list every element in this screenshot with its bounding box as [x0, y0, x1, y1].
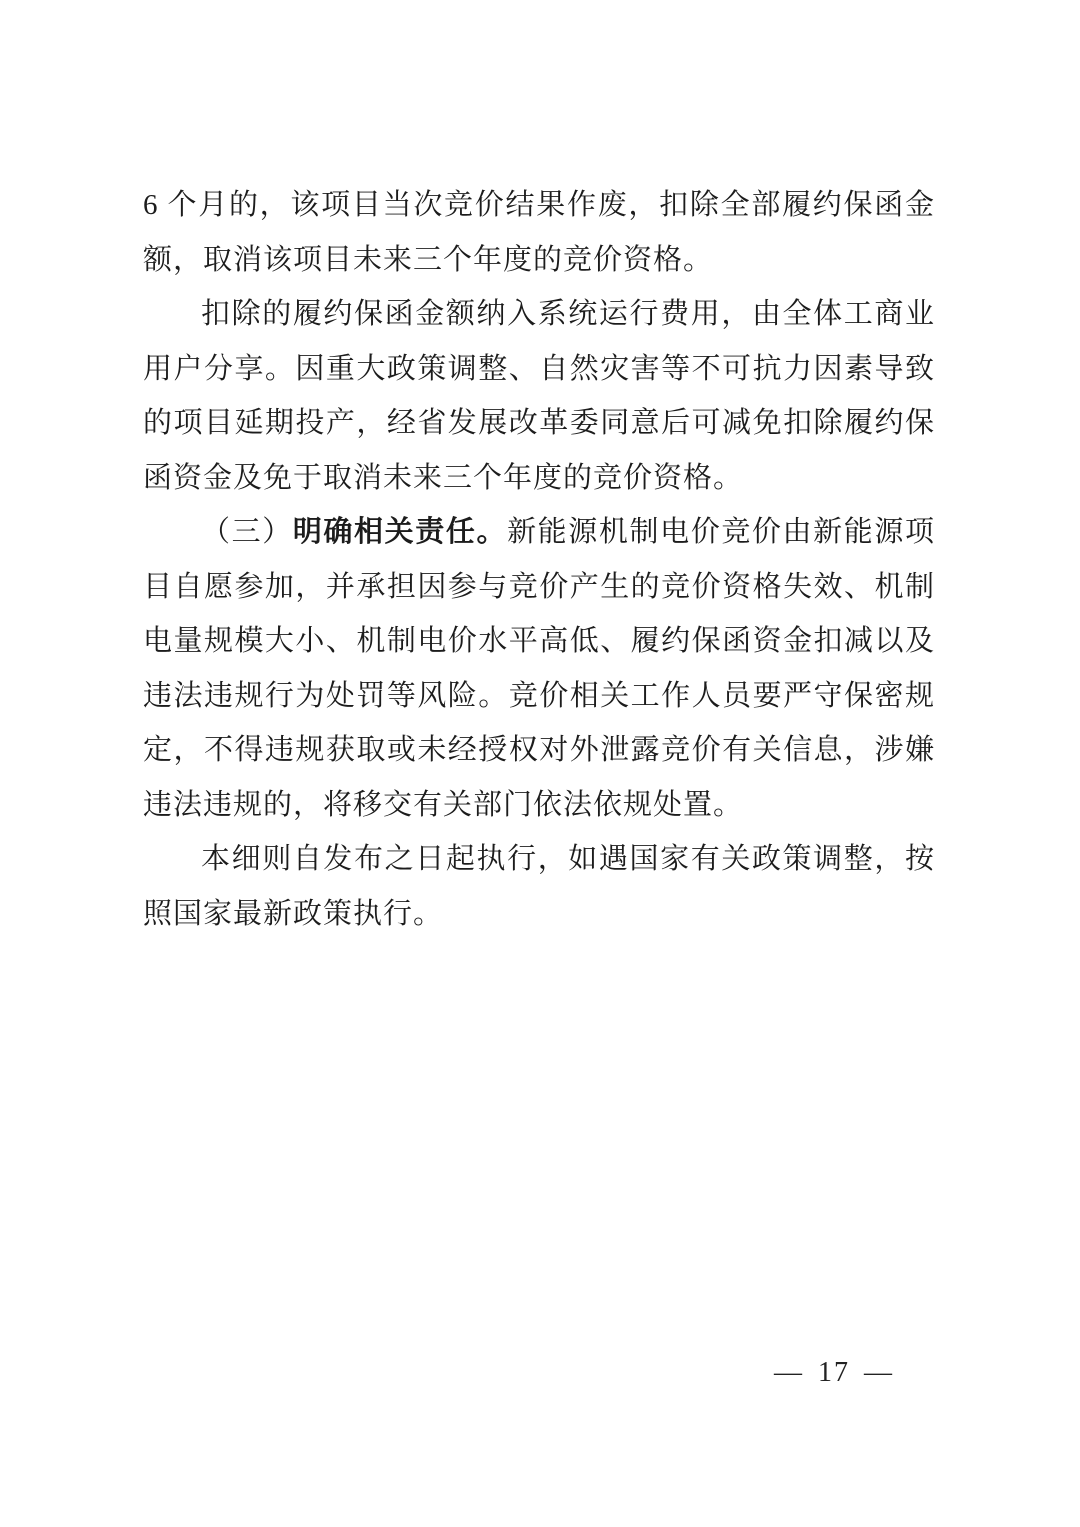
page-footer: —17—	[760, 1355, 908, 1391]
paragraph-2: 扣除的履约保函金额纳入系统运行费用，由全体工商业用户分享。因重大政策调整、自然灾…	[143, 287, 935, 505]
page-number: 17	[818, 1357, 850, 1388]
text-run: 本细则自发布之日起执行，如遇国家有关政策调整，按照国家最新政策执行。	[143, 843, 935, 930]
bold-text-run: 明确相关责任。	[293, 516, 507, 548]
paragraph-4: 本细则自发布之日起执行，如遇国家有关政策调整，按照国家最新政策执行。	[143, 832, 935, 941]
footer-right-dash: —	[864, 1355, 894, 1391]
document-body: 6 个月的，该项目当次竞价结果作废，扣除全部履约保函金额，取消该项目未来三个年度…	[143, 178, 935, 941]
text-run: 扣除的履约保函金额纳入系统运行费用，由全体工商业用户分享。因重大政策调整、自然灾…	[143, 298, 935, 494]
paragraph-3: （三）明确相关责任。新能源机制电价竞价由新能源项目自愿参加，并承担因参与竞价产生…	[143, 505, 935, 832]
paragraph-1: 6 个月的，该项目当次竞价结果作废，扣除全部履约保函金额，取消该项目未来三个年度…	[143, 178, 935, 287]
footer-left-dash: —	[774, 1355, 804, 1391]
text-run: （三）	[201, 516, 293, 548]
text-run: 6 个月的，该项目当次竞价结果作废，扣除全部履约保函金额，取消该项目未来三个年度…	[143, 189, 935, 276]
document-page: 6 个月的，该项目当次竞价结果作废，扣除全部履约保函金额，取消该项目未来三个年度…	[0, 0, 1080, 1527]
text-run: 新能源机制电价竞价由新能源项目自愿参加，并承担因参与竞价产生的竞价资格失效、机制…	[143, 516, 935, 821]
